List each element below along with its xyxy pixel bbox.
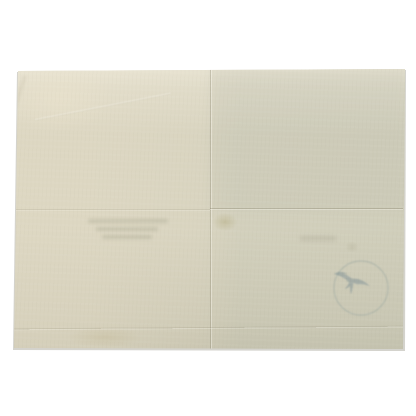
horizontal-fold-line-right — [210, 208, 403, 210]
stamp-ring — [334, 261, 388, 315]
show-through-line — [96, 227, 158, 231]
stamp-eagle — [334, 272, 370, 295]
top-left-corner-crease — [0, 76, 26, 168]
horizontal-fold-line-left — [14, 209, 210, 211]
product-photo — [0, 0, 416, 416]
ink-show-through-smudge-small — [300, 236, 336, 241]
eagle-stamp-icon — [331, 257, 393, 317]
paper-document — [0, 0, 416, 416]
top-left-crease — [35, 93, 171, 121]
show-through-line — [88, 219, 168, 223]
ink-show-through-smudge — [88, 219, 168, 247]
paper-tint-top-right — [211, 69, 405, 210]
show-through-line — [102, 235, 152, 239]
bottom-crease-line — [14, 326, 403, 331]
